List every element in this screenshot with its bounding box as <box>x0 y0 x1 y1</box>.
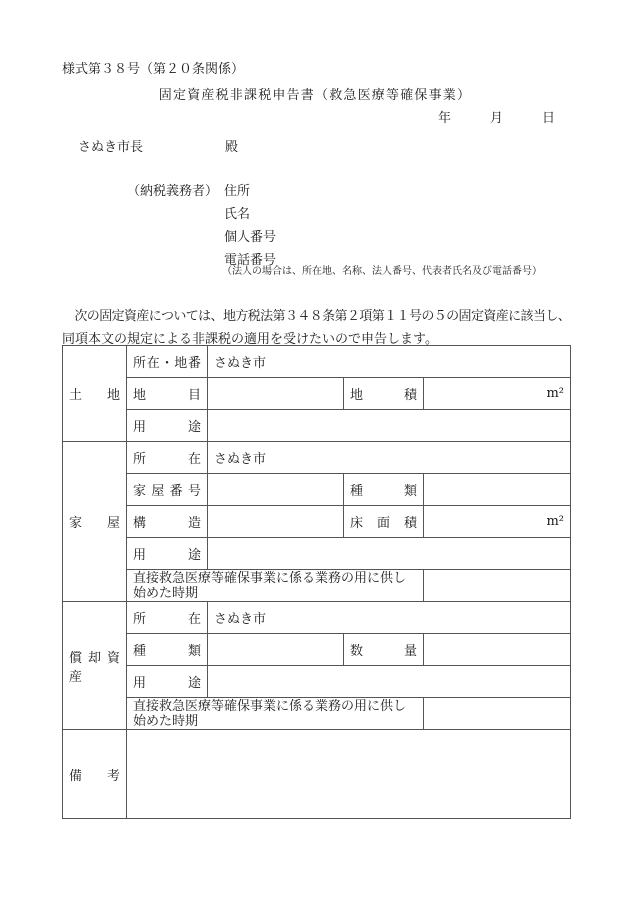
depreciable-service-start-value <box>424 698 571 730</box>
depreciable-kind-value <box>208 634 344 666</box>
recipient-honorific: 殿 <box>225 136 238 155</box>
land-location-value: さぬき市 <box>208 346 571 378</box>
recipient-name: さぬき市長 <box>78 136 143 155</box>
taxpayer-field-name: 氏名 <box>224 203 250 222</box>
taxpayer-heading: （納税義務者） <box>127 180 218 199</box>
depreciable-quantity-label: 数量 <box>344 634 424 666</box>
building-kind-value <box>424 474 571 506</box>
building-structure-value <box>208 506 344 538</box>
assets-table-container: 土地 所在・地番 さぬき市 地目 地積 m² 用途 家屋 所在 さぬき市 家 <box>62 345 571 819</box>
taxpayer-field-personal-number: 個人番号 <box>224 226 276 245</box>
building-use-label: 用途 <box>127 538 208 570</box>
land-area-value: m² <box>424 378 571 410</box>
depreciable-location-label: 所在 <box>127 602 208 634</box>
declaration-line-1: 次の固定資産については、地方税法第３４８条第２項第１１号の５の固定資産に該当し、 <box>62 305 570 324</box>
depreciable-use-label: 用途 <box>127 666 208 698</box>
corporate-case-note: （法人の場合は、所在地、名称、法人番号、代表者氏名及び電話番号） <box>222 262 542 277</box>
depreciable-category-cell: 償却資産 <box>63 602 127 730</box>
land-type-value <box>208 378 344 410</box>
depreciable-use-value <box>208 666 571 698</box>
building-number-label: 家屋番号 <box>127 474 208 506</box>
building-category-cell: 家屋 <box>63 442 127 602</box>
form-number: 様式第３８号（第２０条関係） <box>62 58 244 77</box>
date-line: 年 月 日 <box>438 107 555 126</box>
depreciable-quantity-value <box>424 634 571 666</box>
land-use-value <box>208 410 571 442</box>
building-service-start-label: 直接救急医療等確保事業に係る業務の用に供し始めた時期 <box>127 570 424 602</box>
building-floor-area-label: 床面積 <box>344 506 424 538</box>
building-use-value <box>208 538 571 570</box>
document-title: 固定資産税非課税申告書（救急医療等確保事業） <box>0 84 630 103</box>
remarks-value <box>127 730 571 819</box>
building-number-value <box>208 474 344 506</box>
building-location-value: さぬき市 <box>208 442 571 474</box>
building-structure-label: 構造 <box>127 506 208 538</box>
document-page: 様式第３８号（第２０条関係） 固定資産税非課税申告書（救急医療等確保事業） 年 … <box>0 0 630 903</box>
land-area-label: 地積 <box>344 378 424 410</box>
building-service-start-value <box>424 570 571 602</box>
assets-table: 土地 所在・地番 さぬき市 地目 地積 m² 用途 家屋 所在 さぬき市 家 <box>62 345 571 819</box>
building-location-label: 所在 <box>127 442 208 474</box>
land-type-label: 地目 <box>127 378 208 410</box>
taxpayer-field-address: 住所 <box>224 180 250 199</box>
building-floor-area-value: m² <box>424 506 571 538</box>
land-use-label: 用途 <box>127 410 208 442</box>
remarks-category-cell: 備考 <box>63 730 127 819</box>
depreciable-kind-label: 種類 <box>127 634 208 666</box>
building-kind-label: 種類 <box>344 474 424 506</box>
land-category-cell: 土地 <box>63 346 127 442</box>
land-location-label: 所在・地番 <box>127 346 208 378</box>
depreciable-location-value: さぬき市 <box>208 602 571 634</box>
depreciable-service-start-label: 直接救急医療等確保事業に係る業務の用に供し始めた時期 <box>127 698 424 730</box>
